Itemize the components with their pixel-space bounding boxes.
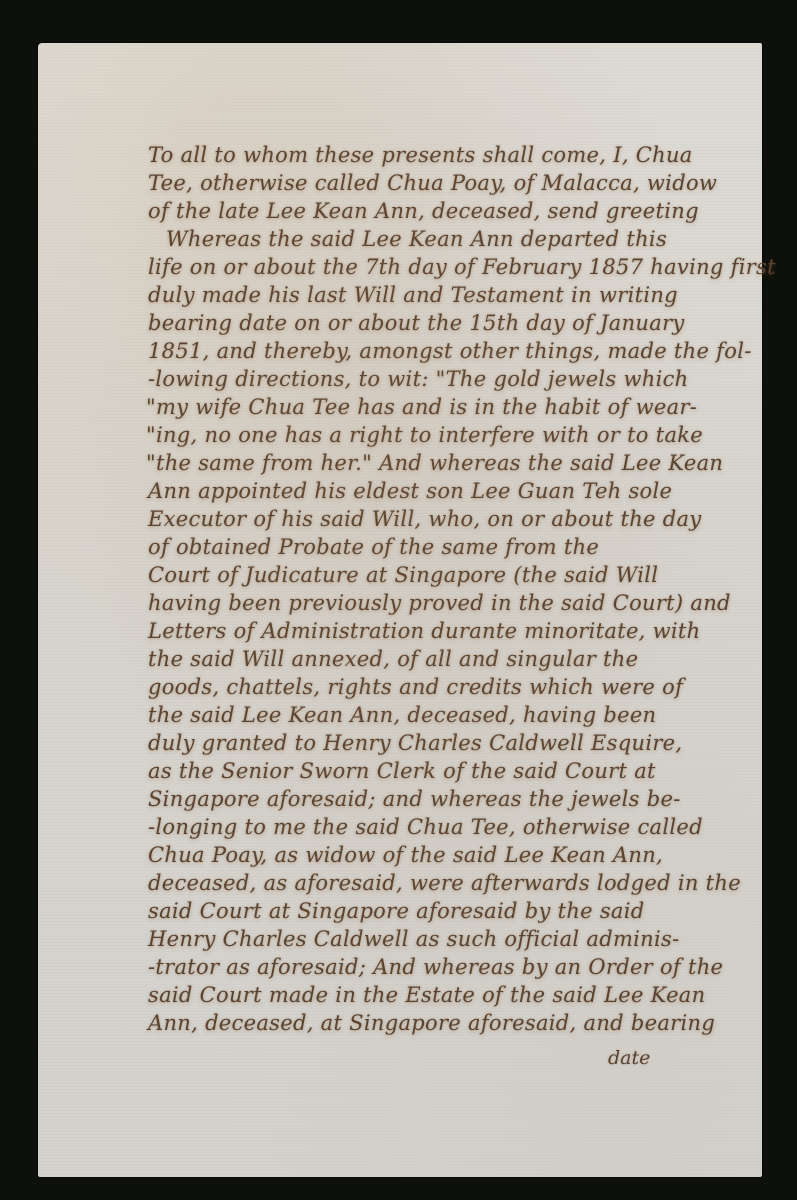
- text-line: Court of Judicature at Singapore (the sa…: [148, 563, 658, 587]
- text-line: 1851, and thereby, amongst other things,…: [148, 339, 752, 363]
- text-line: Ann appointed his eldest son Lee Guan Te…: [148, 479, 672, 503]
- text-line: "my wife Chua Tee has and is in the habi…: [146, 395, 697, 419]
- text-line: To all to whom these presents shall come…: [148, 143, 693, 167]
- text-line: life on or about the 7th day of February…: [148, 255, 776, 279]
- text-line: the said Will annexed, of all and singul…: [148, 647, 638, 671]
- text-line: "ing, no one has a right to interfere wi…: [146, 423, 703, 447]
- text-line: Whereas the said Lee Kean Ann departed t…: [166, 227, 667, 251]
- text-line: deceased, as aforesaid, were afterwards …: [148, 871, 741, 895]
- text-line: said Court made in the Estate of the sai…: [148, 983, 705, 1007]
- text-line: duly made his last Will and Testament in…: [148, 283, 678, 307]
- text-line: Tee, otherwise called Chua Poay, of Mala…: [148, 171, 717, 195]
- text-line: "the same from her." And whereas the sai…: [146, 451, 723, 475]
- text-line: Letters of Administration durante minori…: [148, 619, 701, 643]
- text-line: Singapore aforesaid; and whereas the jew…: [148, 787, 681, 811]
- text-line: Henry Charles Caldwell as such official …: [148, 927, 679, 951]
- text-line: -longing to me the said Chua Tee, otherw…: [148, 815, 703, 839]
- text-line: -lowing directions, to wit: "The gold je…: [148, 367, 689, 391]
- text-line: Executor of his said Will, who, on or ab…: [148, 507, 701, 531]
- catchword: date: [608, 1047, 650, 1069]
- text-line: said Court at Singapore aforesaid by the…: [148, 899, 645, 923]
- text-line: Ann, deceased, at Singapore aforesaid, a…: [148, 1011, 715, 1035]
- text-line: goods, chattels, rights and credits whic…: [148, 675, 683, 699]
- text-line: duly granted to Henry Charles Caldwell E…: [148, 731, 682, 755]
- text-line: of the late Lee Kean Ann, deceased, send…: [148, 199, 699, 223]
- text-line: bearing date on or about the 15th day of…: [148, 311, 685, 335]
- text-line: -trator as aforesaid; And whereas by an …: [148, 955, 723, 979]
- text-line: as the Senior Sworn Clerk of the said Co…: [148, 759, 656, 783]
- text-line: the said Lee Kean Ann, deceased, having …: [148, 703, 656, 727]
- text-line: having been previously proved in the sai…: [148, 591, 731, 615]
- manuscript-page: To all to whom these presents shall come…: [38, 43, 762, 1177]
- text-line: of obtained Probate of the same from the: [148, 535, 599, 559]
- text-line: Chua Poay, as widow of the said Lee Kean…: [148, 843, 663, 867]
